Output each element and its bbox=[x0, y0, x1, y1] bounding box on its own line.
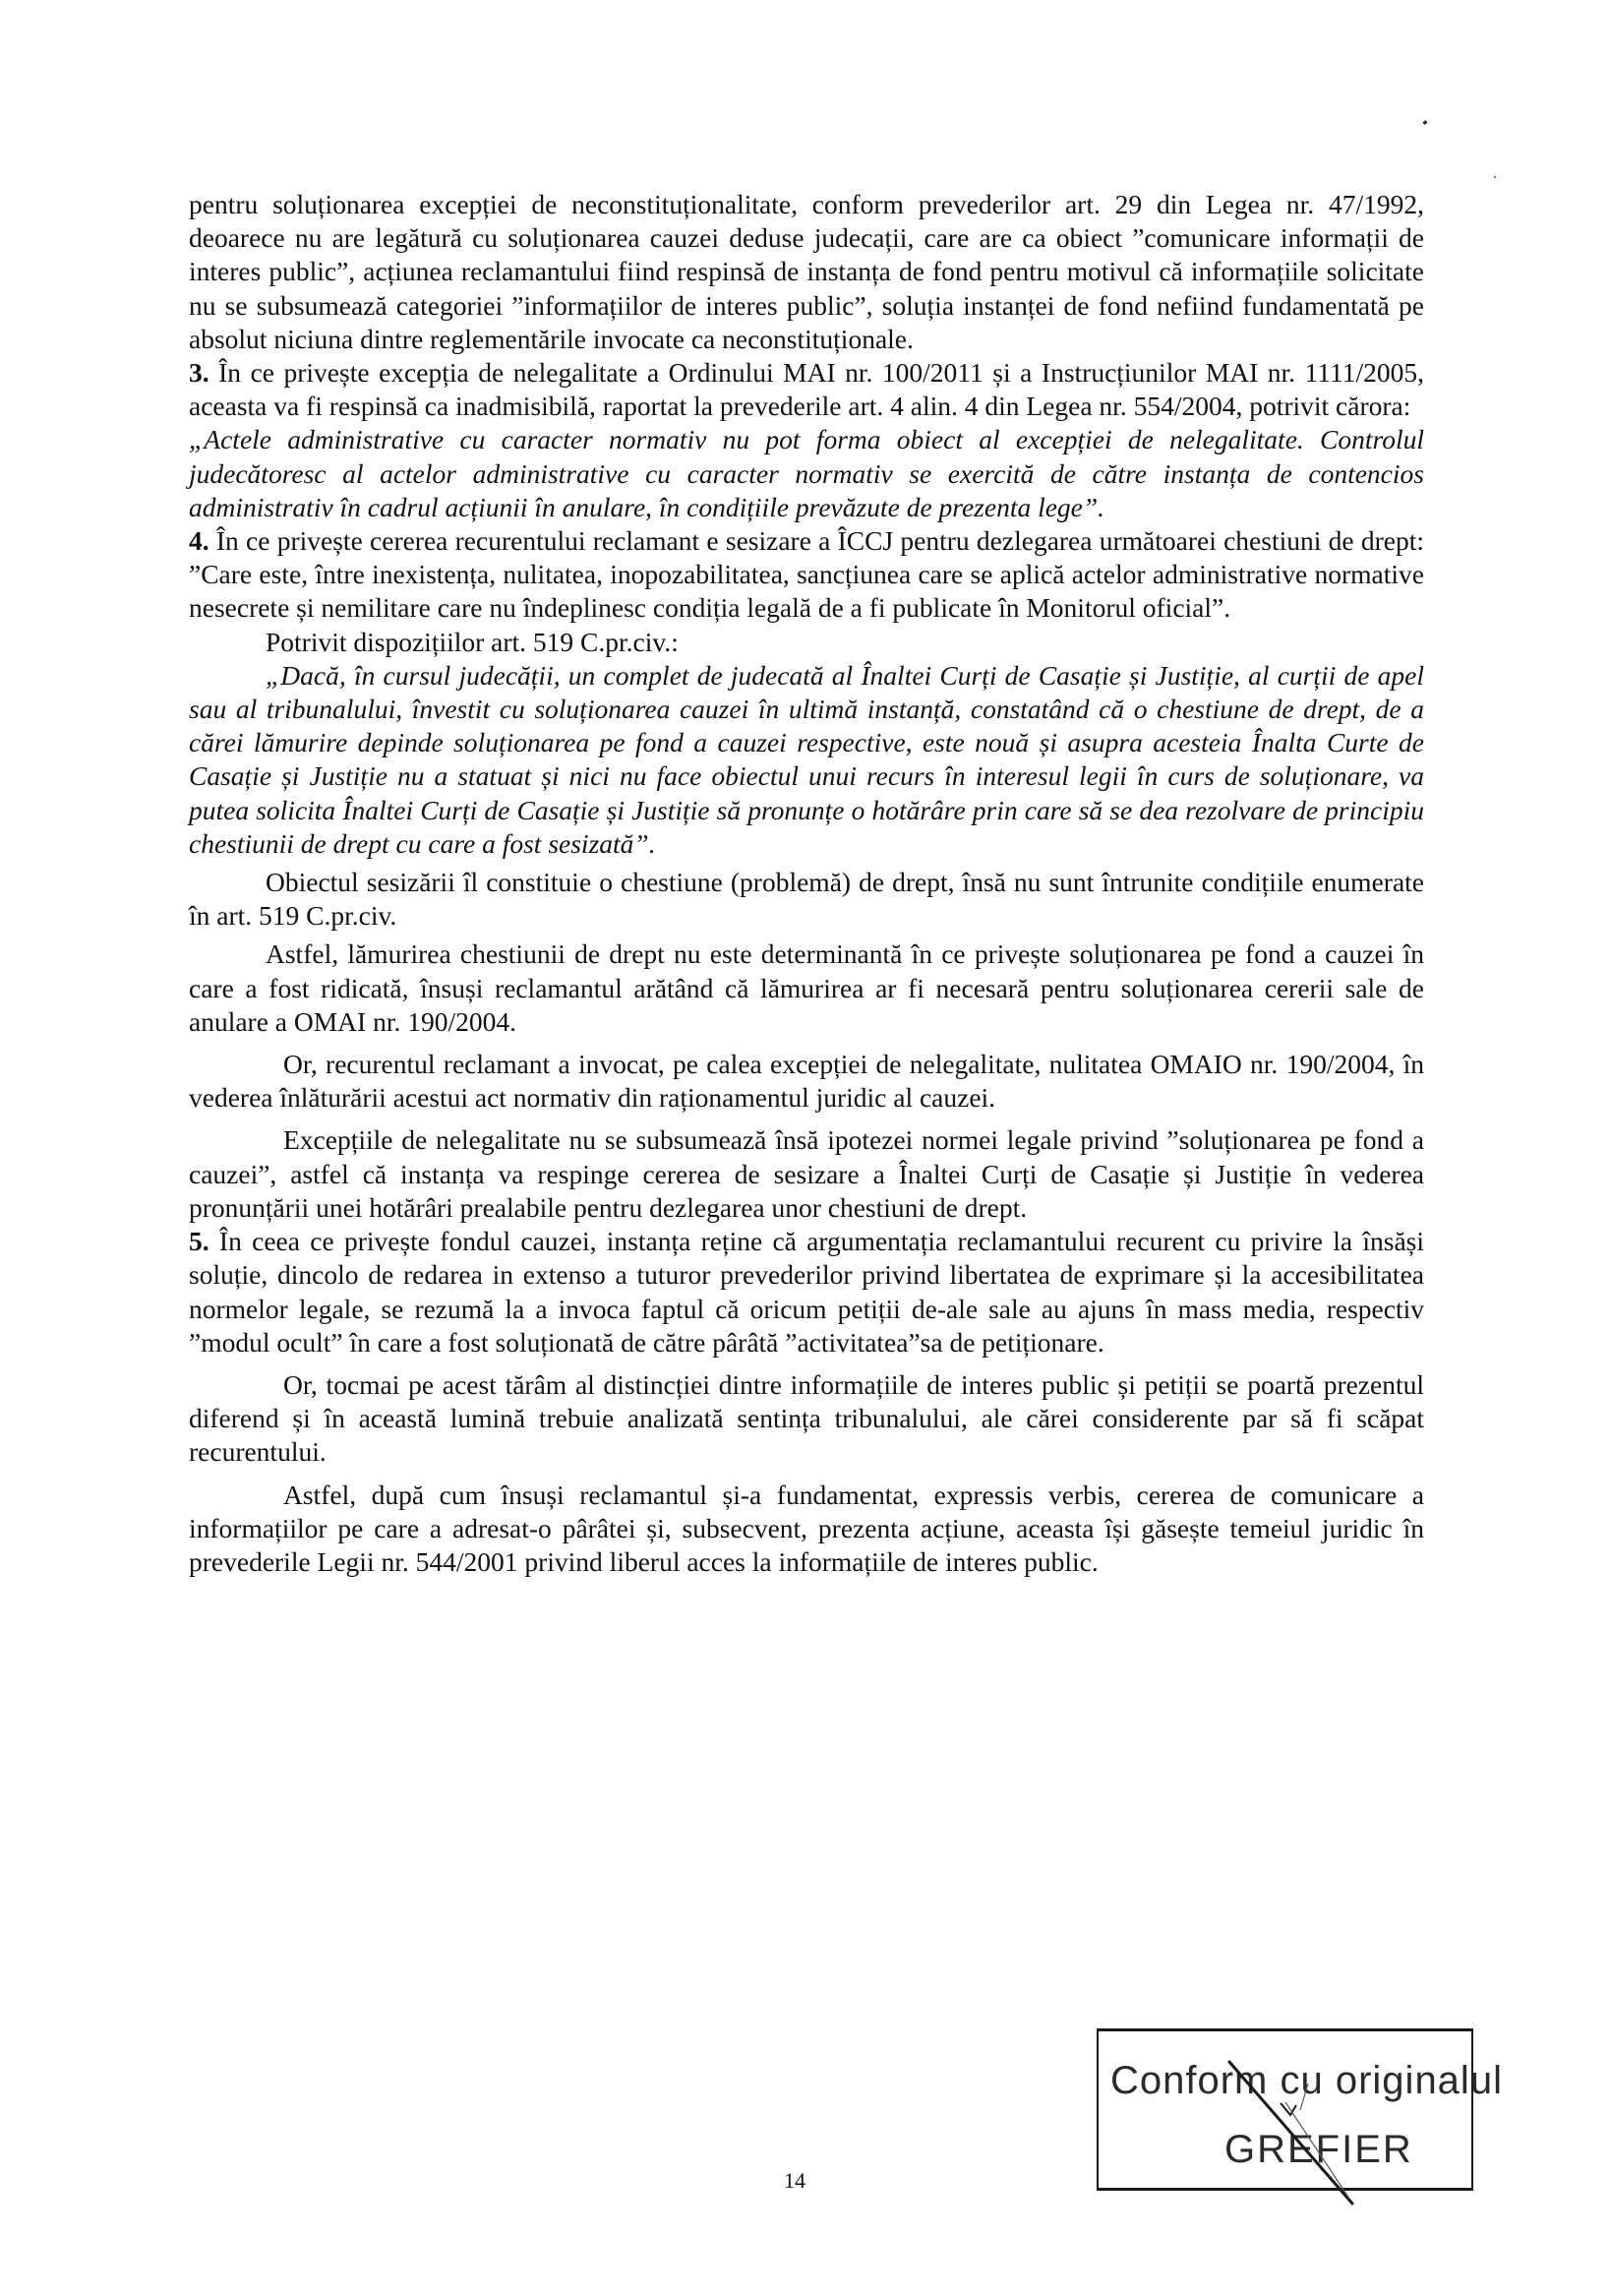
paragraph-point-5: 5. În ceea ce privește fondul cauzei, in… bbox=[189, 1225, 1424, 1359]
paragraph-text: Or, tocmai pe acest tărâm al distincției… bbox=[189, 1369, 1424, 1467]
paragraph-text: În ceea ce privește fondul cauzei, insta… bbox=[189, 1226, 1424, 1358]
stamp-conform-text: Conform cu originalul bbox=[1110, 2059, 1503, 2103]
paragraph-distinction: Or, tocmai pe acest tărâm al distincției… bbox=[189, 1368, 1424, 1470]
paragraph-text: Potrivit dispozițiilor art. 519 C.pr.civ… bbox=[266, 627, 679, 657]
paragraph-text: În ce privește excepția de nelegalitate … bbox=[189, 357, 1424, 421]
paragraph-clarification: Astfel, lămurirea chestiunii de drept nu… bbox=[189, 937, 1424, 1039]
section-number: 4. bbox=[189, 525, 209, 556]
paragraph-exception-unconstitutionality: pentru soluționarea excepției de neconst… bbox=[189, 188, 1424, 356]
stamp-clerk-text: GREFIER bbox=[1224, 2128, 1413, 2172]
paragraph-point-3: 3. În ce privește excepția de nelegalita… bbox=[189, 356, 1424, 423]
section-number: 5. bbox=[189, 1226, 209, 1256]
quote-law-554-2004: „Actele administrative cu caracter norma… bbox=[189, 423, 1424, 524]
document-page: pentru soluționarea excepției de neconst… bbox=[0, 0, 1610, 2296]
certification-stamp: Conform cu originalul GREFIER bbox=[1097, 2028, 1473, 2191]
paragraph-point-4: 4. În ce privește cererea recurentului r… bbox=[189, 524, 1424, 626]
paragraph-text: Astfel, lămurirea chestiunii de drept nu… bbox=[189, 938, 1424, 1036]
document-body: pentru soluționarea excepției de neconst… bbox=[189, 188, 1424, 1579]
paragraph-text: Excepțiile de nelegalitate nu se subsume… bbox=[189, 1124, 1424, 1222]
paragraph-text: Or, recurentul reclamant a invocat, pe c… bbox=[189, 1049, 1424, 1113]
paragraph-appellant-invoked: Or, recurentul reclamant a invocat, pe c… bbox=[189, 1048, 1424, 1115]
scan-speck bbox=[1494, 176, 1496, 178]
paragraph-text: Obiectul sesizării îl constituie o chest… bbox=[189, 867, 1424, 931]
paragraph-exceptions-illegality: Excepțiile de nelegalitate nu se subsume… bbox=[189, 1123, 1424, 1225]
paragraph-text: pentru soluționarea excepției de neconst… bbox=[189, 189, 1424, 354]
paragraph-object-of-referral: Obiectul sesizării îl constituie o chest… bbox=[189, 866, 1424, 933]
paragraph-text: În ce privește cererea recurentului recl… bbox=[189, 525, 1424, 623]
section-number: 3. bbox=[189, 357, 209, 388]
quote-art-519: „Dacă, în cursul judecății, un complet d… bbox=[189, 659, 1424, 861]
scan-speck bbox=[1423, 120, 1428, 125]
quote-text: „Dacă, în cursul judecății, un complet d… bbox=[189, 660, 1424, 859]
quote-text: „Actele administrative cu caracter norma… bbox=[189, 424, 1424, 521]
paragraph-text: Astfel, după cum însuși reclamantul și-a… bbox=[189, 1480, 1424, 1577]
paragraph-legal-basis: Astfel, după cum însuși reclamantul și-a… bbox=[189, 1479, 1424, 1580]
paragraph-art-519-intro: Potrivit dispozițiilor art. 519 C.pr.civ… bbox=[189, 626, 1424, 659]
page-number: 14 bbox=[784, 2168, 805, 2194]
